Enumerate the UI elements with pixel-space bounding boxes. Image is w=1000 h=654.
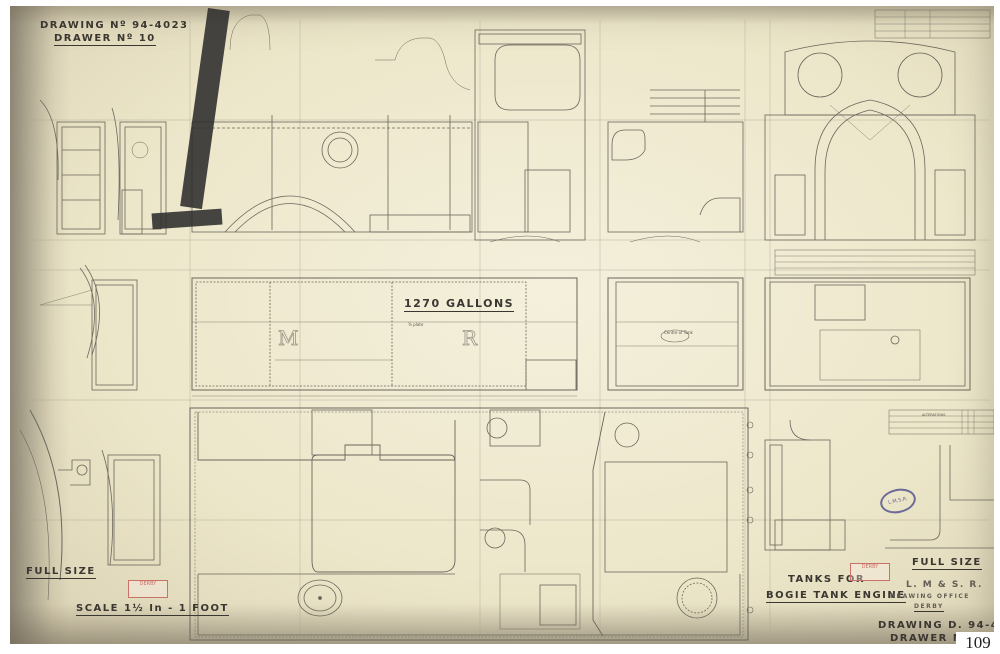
company-label: L. M & S. R. (906, 580, 983, 590)
drawer-number-label: DRAWER Nº 10 (54, 33, 156, 46)
red-stamp-left: DERBY (128, 580, 168, 598)
office-label: DRAWING OFFICE (890, 593, 970, 600)
plate-note: ⅜ plate (408, 322, 423, 327)
monogram-letter-m: M (278, 326, 298, 350)
alterations-header: ALTERATIONS (922, 413, 945, 417)
drawing-ref-label: DRAWING D. 94-4023 (878, 620, 994, 631)
centre-note: Centre of Tank (664, 330, 693, 335)
scale-label: SCALE 1½ In - 1 FOOT (76, 603, 229, 616)
title-line-2: BOGIE TANK ENGINE (766, 590, 906, 603)
red-stamp-right: DERBY (850, 563, 890, 581)
full-size-label-left: FULL SIZE (26, 566, 96, 579)
page-number-tag: 109 (956, 632, 1000, 654)
monogram-letter-r: R (462, 326, 477, 350)
drawing-number-label: DRAWING Nº 94-4023 (40, 20, 189, 31)
full-size-label-right: FULL SIZE (912, 557, 982, 570)
location-label: DERBY (914, 603, 944, 612)
capacity-label: 1270 GALLONS (404, 297, 514, 312)
drawing-sheet: M R DRAWING Nº 94-4023 DRAWER Nº 10 1270… (10, 6, 994, 644)
technical-drawing-lines (10, 6, 994, 644)
